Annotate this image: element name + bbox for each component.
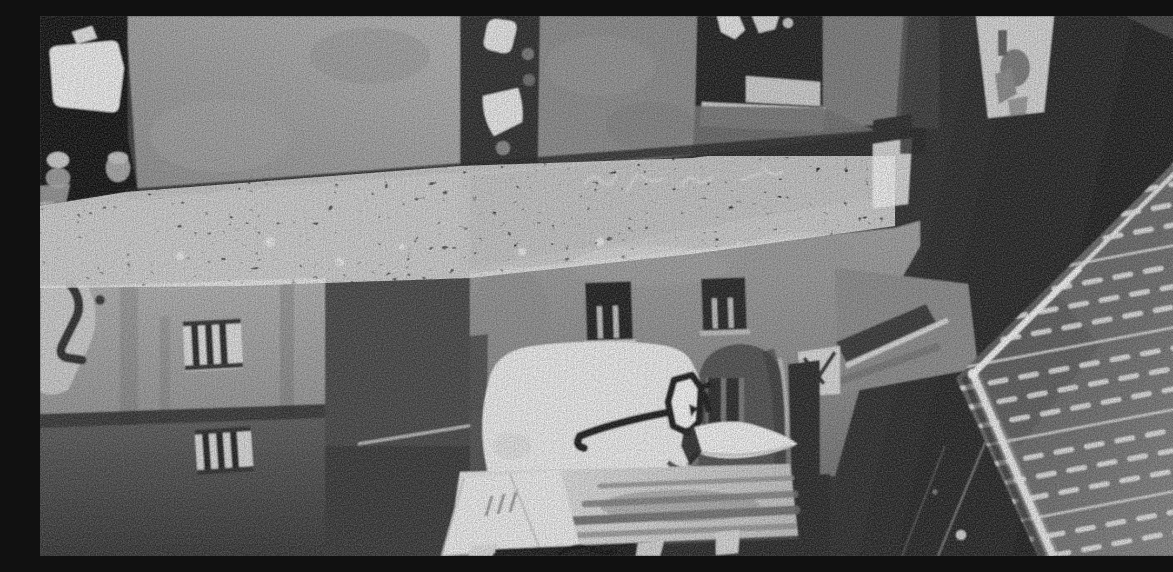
photo-canvas	[40, 16, 1173, 556]
grain-light	[40, 16, 1173, 556]
photo: Grainy halftone black-and-white photogra…	[40, 16, 1173, 556]
